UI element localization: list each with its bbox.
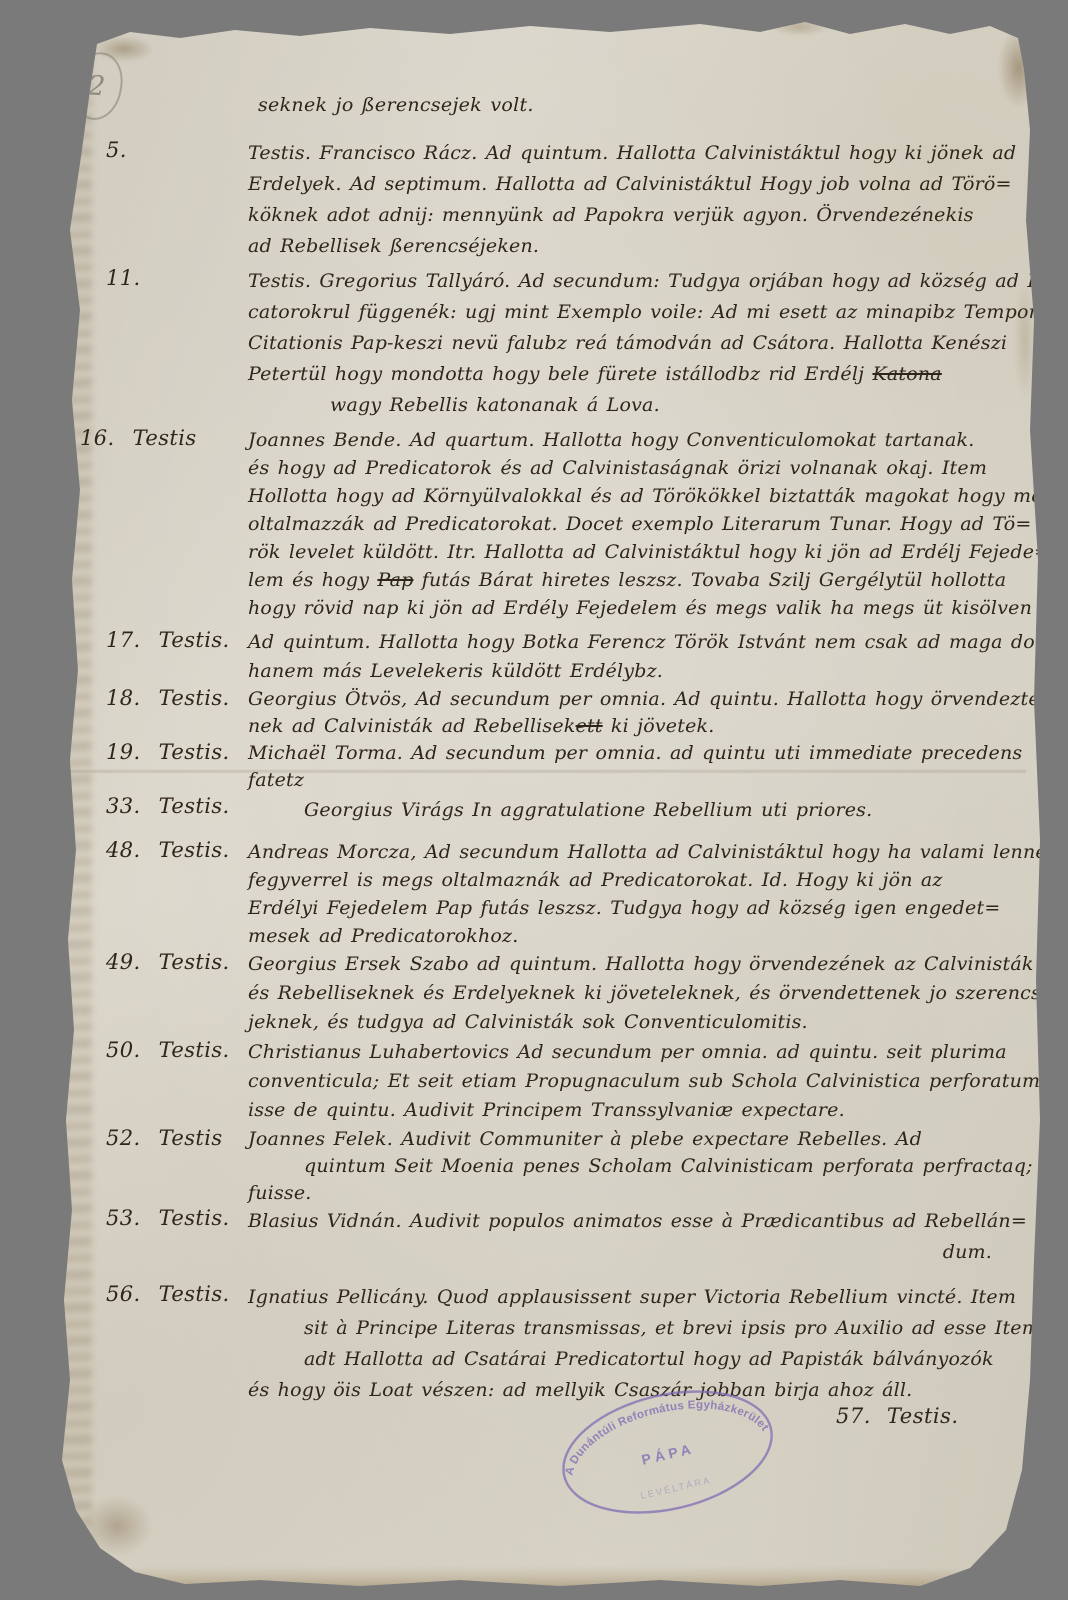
entry-number: 17. (106, 628, 141, 652)
tear-stain (998, 28, 1040, 108)
entry-number: 56. (106, 1282, 141, 1306)
entry-margin: 49. Testis. (72, 950, 248, 974)
text-line: catorokrul függenék: ugj mint Exemplo vo… (248, 297, 1068, 328)
text-line: dum. (248, 1237, 992, 1268)
entry-margin: 52. Testis (72, 1126, 248, 1150)
text-line: és hogy ad Predicatorok és ad Calvinista… (248, 454, 1065, 482)
testis-label: Testis (133, 426, 197, 450)
text-line: wagy Rebellis katonanak á Lova. (330, 390, 1068, 421)
entry-margin: 33. Testis. (72, 794, 248, 818)
tear-stain (82, 1496, 152, 1556)
screenshot-root: { "colors":{ "background":"#7a7a7a", "pa… (0, 0, 1068, 1600)
entry-text: Joannes Felek. Audivit Communiter à pleb… (248, 1126, 1033, 1207)
entry-text: Michaël Torma. Ad secundum per omnia. ad… (248, 740, 1028, 794)
testis-label: Testis. (159, 950, 230, 974)
catchword-label: Testis. (887, 1404, 959, 1428)
text-line: Joannes Bende. Ad quartum. Hallotta hogy… (248, 426, 1065, 454)
text-line: Erdélyi Fejedelem Pap futás leszsz. Tudg… (248, 894, 1047, 922)
testimony-entry: 50. Testis. Christianus Luhabertovics Ad… (72, 1038, 1028, 1125)
text-line: mesek ad Predicatorokhoz. (248, 922, 1047, 950)
text-line: és Rebelliseknek és Erdelyeknek ki jövet… (248, 979, 1068, 1008)
text-line: ad Rebellisek ßerencséjeken. (248, 231, 1028, 262)
text-line: jeknek, és tudgya ad Calvinisták sok Con… (248, 1008, 1068, 1037)
testimony-entry: 18. Testis. Georgius Ötvös, Ad secundum … (72, 686, 1028, 740)
tear-stain (770, 18, 830, 36)
entry-text: Georgius Ötvös, Ad secundum per omnia. A… (248, 686, 1046, 740)
testis-label: Testis. (159, 740, 230, 764)
entry-text: Georgius Ersek Szabo ad quintum. Hallott… (248, 950, 1068, 1037)
entry-number: 19. (106, 740, 141, 764)
entry-number: 16. (80, 426, 115, 450)
entry-margin: 18. Testis. (72, 686, 248, 710)
stamp-center-text: PÁPA (640, 1440, 696, 1468)
text-line: Erdelyek. Ad septimum. Hallotta ad Calvi… (248, 169, 1028, 200)
struck-word: ett (576, 715, 603, 737)
entry-margin: 17. Testis. (72, 628, 248, 652)
catchword-number: 57. (836, 1404, 871, 1428)
entry-number: 18. (106, 686, 141, 710)
entry-margin: 16. Testis (72, 426, 248, 450)
entry-margin: 5. (72, 138, 248, 162)
text-line: Blasius Vidnán. Audivit populos animatos… (248, 1206, 1028, 1237)
testis-label: Testis (159, 1126, 223, 1150)
testis-label: Testis. (159, 1206, 230, 1230)
entry-text: Georgius Virágs In aggratulatione Rebell… (248, 794, 1028, 826)
testimony-entry: 16. Testis Joannes Bende. Ad quartum. Ha… (72, 426, 1028, 622)
testimony-entry: 11. Testis. Gregorius Tallyáró. Ad secun… (72, 266, 1028, 421)
entry-number: 50. (106, 1038, 141, 1062)
entry-margin: 53. Testis. (72, 1206, 248, 1230)
entry-text: Testis. Gregorius Tallyáró. Ad secundum:… (248, 266, 1068, 421)
text-line: Testis. Francisco Rácz. Ad quintum. Hall… (248, 138, 1028, 169)
struck-word: Pap (377, 569, 413, 591)
text-line: rök levelet küldött. Itr. Hallotta ad Ca… (248, 538, 1065, 566)
entry-number: 5. (106, 138, 127, 162)
text-line: fatetz (248, 767, 1028, 794)
testis-label: Testis. (159, 1038, 230, 1062)
testimony-entry: 17. Testis. Ad quintum. Hallotta hogy Bo… (72, 628, 1028, 686)
entry-margin: 19. Testis. (72, 740, 248, 764)
testimony-entry: 49. Testis. Georgius Ersek Szabo ad quin… (72, 950, 1028, 1037)
text-line: Georgius Ötvös, Ad secundum per omnia. A… (248, 686, 1046, 713)
testimony-entry: 5. Testis. Francisco Rácz. Ad quintum. H… (72, 138, 1028, 262)
text-line: conventicula; Et seit etiam Propugnaculu… (248, 1067, 1068, 1096)
text-line: fuisse. (248, 1180, 1033, 1207)
text-line: fegyverrel is megs oltalmaznák ad Predic… (248, 866, 1047, 894)
text-line: lem és hogy Pap futás Bárat hiretes lesz… (248, 566, 1065, 594)
entry-margin: 50. Testis. (72, 1038, 248, 1062)
testimony-entry: 53. Testis. Blasius Vidnán. Audivit popu… (72, 1206, 1028, 1268)
text-line: Christianus Luhabertovics Ad secundum pe… (248, 1038, 1068, 1067)
text-line: sit à Principe Literas transmissas, et b… (304, 1313, 1040, 1344)
text-line: Michaël Torma. Ad secundum per omnia. ad… (248, 740, 1028, 767)
catchword: 57. Testis. (836, 1404, 959, 1428)
testis-label: Testis. (159, 686, 230, 710)
entry-number: 11. (106, 266, 141, 290)
text-line: Petertül hogy mondotta hogy bele fürete … (248, 359, 1068, 390)
entry-number: 48. (106, 838, 141, 862)
deckle-bottom-edge (78, 1566, 1004, 1590)
text-line: Ad quintum. Hallotta hogy Botka Ferencz … (248, 628, 1068, 657)
entry-text: Andreas Morcza, Ad secundum Hallotta ad … (248, 838, 1047, 950)
text-line: hanem más Levelekeris küldött Erdélybz. (248, 657, 1068, 686)
text-line: Testis. Gregorius Tallyáró. Ad secundum:… (248, 266, 1068, 297)
text-line: Joannes Felek. Audivit Communiter à pleb… (248, 1126, 1033, 1153)
entry-number: 52. (106, 1126, 141, 1150)
entry-margin: 56. Testis. (72, 1282, 248, 1306)
testimony-entry: 33. Testis. Georgius Virágs In aggratula… (72, 794, 1028, 826)
testis-label: Testis. (159, 628, 230, 652)
text-line: Ignatius Pellicány. Quod applausissent s… (248, 1282, 1040, 1313)
testimony-entry: 56. Testis. Ignatius Pellicány. Quod app… (72, 1282, 1028, 1406)
entry-margin: 11. (72, 266, 248, 290)
entry-number: 33. (106, 794, 141, 818)
entry-text: Christianus Luhabertovics Ad secundum pe… (248, 1038, 1068, 1125)
text-line: hogy rövid nap ki jön ad Erdély Fejedele… (248, 594, 1065, 622)
entry-text: Joannes Bende. Ad quartum. Hallotta hogy… (248, 426, 1065, 622)
testis-label: Testis. (159, 1282, 230, 1306)
text-line: Citationis Pap-keszi nevü falubz reá tám… (248, 328, 1068, 359)
text-line: Hollotta hogy ad Környülvalokkal és ad T… (248, 482, 1065, 510)
entry-number: 53. (106, 1206, 141, 1230)
text-line: oltalmazzák ad Predicatorokat. Docet exe… (248, 510, 1065, 538)
text-line: Andreas Morcza, Ad secundum Hallotta ad … (248, 838, 1047, 866)
entry-number: 49. (106, 950, 141, 974)
entry-text: Ad quintum. Hallotta hogy Botka Ferencz … (248, 628, 1068, 686)
text-line: quintum Seit Moenia penes Scholam Calvin… (304, 1153, 1033, 1180)
entry-text: Testis. Francisco Rácz. Ad quintum. Hall… (248, 138, 1028, 262)
text-line: köknek adot adnij: mennyünk ad Papokra v… (248, 200, 1028, 231)
testis-label: Testis. (159, 838, 230, 862)
entry-text: Blasius Vidnán. Audivit populos animatos… (248, 1206, 1028, 1268)
testis-label: Testis. (159, 794, 230, 818)
text-line: Georgius Ersek Szabo ad quintum. Hallott… (248, 950, 1068, 979)
stamp-bottom-text: LEVÉLTÁRA (640, 1475, 713, 1502)
text-line: adt Hallotta ad Csatárai Predicatortul h… (304, 1344, 1040, 1375)
opening-line: seknek jo ßerencsejek volt. (258, 94, 534, 116)
text-line: Georgius Virágs In aggratulatione Rebell… (304, 794, 1028, 826)
testimony-entry: 48. Testis. Andreas Morcza, Ad secundum … (72, 838, 1028, 950)
entry-margin: 48. Testis. (72, 838, 248, 862)
manuscript-page: 2 seknek jo ßerencsejek volt. 5. Testis.… (0, 0, 1068, 1600)
testimony-entry: 52. Testis Joannes Felek. Audivit Commun… (72, 1126, 1028, 1207)
testimony-entry: 19. Testis. Michaël Torma. Ad secundum p… (72, 740, 1028, 794)
foliation-number: 2 (87, 70, 106, 102)
text-line: isse de quintu. Audivit Principem Transs… (248, 1096, 1068, 1125)
struck-word: Katona (872, 363, 941, 385)
text-line: nek ad Calvinisták ad Rebellisekett ki j… (248, 713, 1046, 740)
